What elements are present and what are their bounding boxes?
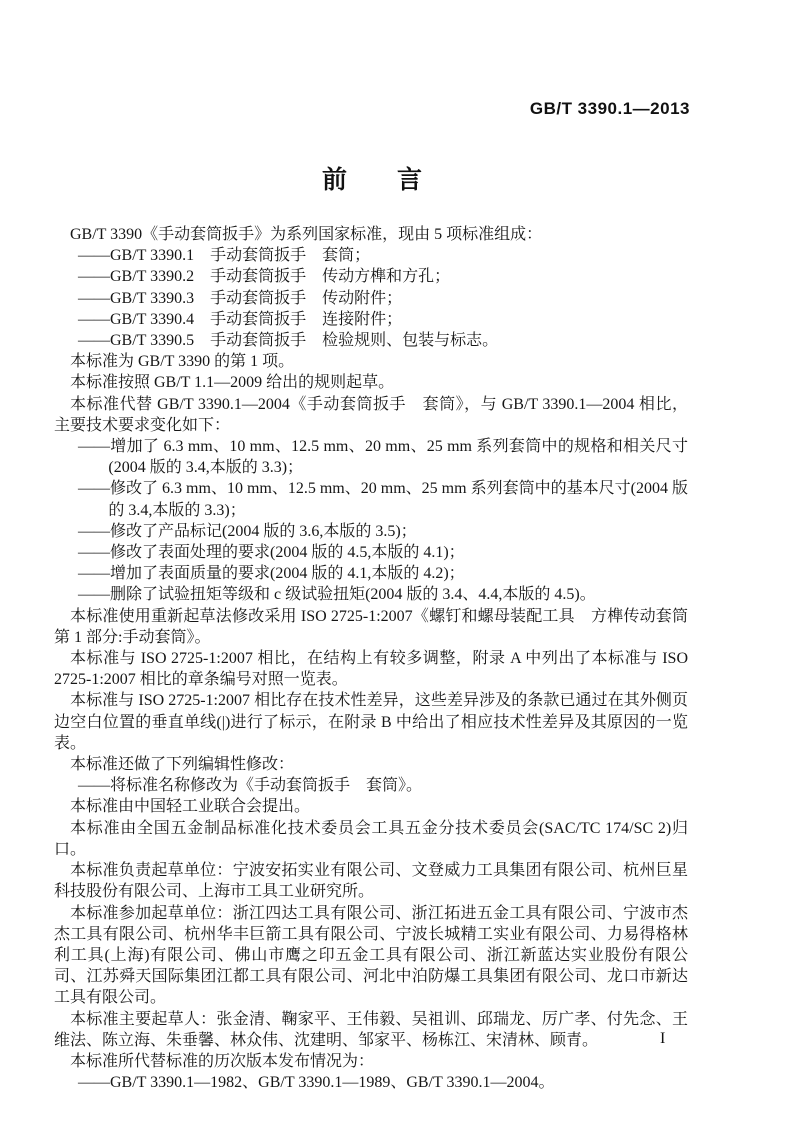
paragraph-18: 本标准还做了下列编辑性修改： [54, 754, 688, 775]
paragraph-13: ——增加了表面质量的要求(2004 版的 4.1,本版的 4.2)； [54, 563, 688, 584]
paragraph-11: ——修改了产品标记(2004 版的 3.6,本版的 3.5)； [54, 521, 688, 542]
paragraph-3: ——GB/T 3390.3 手动套筒扳手 传动附件； [54, 288, 688, 309]
standard-number-header: GB/T 3390.1—2013 [54, 99, 690, 119]
document-page: GB/T 3390.1—2013 前 言 GB/T 3390《手动套筒扳手》为系… [0, 0, 793, 1122]
paragraph-23: 本标准参加起草单位：浙江四达工具有限公司、浙江拓进五金工具有限公司、宁波市杰杰工… [54, 903, 688, 1009]
paragraph-6: 本标准为 GB/T 3390 的第 1 项。 [54, 351, 688, 372]
paragraph-24: 本标准主要起草人：张金清、鞠家平、王伟毅、吴祖训、邱瑞龙、厉广孝、付先念、王维法… [54, 1009, 688, 1051]
paragraph-22: 本标准负责起草单位：宁波安拓实业有限公司、文登威力工具集团有限公司、杭州巨星科技… [54, 860, 688, 902]
paragraph-2: ——GB/T 3390.2 手动套筒扳手 传动方榫和方孔； [54, 266, 688, 287]
paragraph-26: ——GB/T 3390.1—1982、GB/T 3390.1—1989、GB/T… [54, 1072, 688, 1093]
paragraph-12: ——修改了表面处理的要求(2004 版的 4.5,本版的 4.1)； [54, 542, 688, 563]
paragraph-10: ——修改了 6.3 mm、10 mm、12.5 mm、20 mm、25 mm 系… [54, 478, 688, 520]
paragraph-1: ——GB/T 3390.1 手动套筒扳手 套筒； [54, 245, 688, 266]
paragraph-20: 本标准由中国轻工业联合会提出。 [54, 796, 688, 817]
paragraph-8: 本标准代替 GB/T 3390.1—2004《手动套筒扳手 套筒》，与 GB/T… [54, 394, 688, 436]
paragraph-5: ——GB/T 3390.5 手动套筒扳手 检验规则、包装与标志。 [54, 330, 688, 351]
page-number: I [660, 1030, 665, 1048]
paragraph-15: 本标准使用重新起草法修改采用 ISO 2725-1:2007《螺钉和螺母装配工具… [54, 606, 688, 648]
body: GB/T 3390《手动套筒扳手》为系列国家标准，现由 5 项标准组成：——GB… [54, 224, 688, 1093]
paragraph-14: ——删除了试验扭矩等级和 c 级试验扭矩(2004 版的 3.4、4.4,本版的… [54, 584, 688, 605]
paragraph-21: 本标准由全国五金制品标准化技术委员会工具五金分技术委员会(SAC/TC 174/… [54, 818, 688, 860]
paragraph-16: 本标准与 ISO 2725-1:2007 相比，在结构上有较多调整，附录 A 中… [54, 648, 688, 690]
paragraph-9: ——增加了 6.3 mm、10 mm、12.5 mm、20 mm、25 mm 系… [54, 436, 688, 478]
paragraph-19: ——将标准名称修改为《手动套筒扳手 套筒》。 [54, 775, 688, 796]
paragraph-0: GB/T 3390《手动套筒扳手》为系列国家标准，现由 5 项标准组成： [54, 224, 688, 245]
paragraph-17: 本标准与 ISO 2725-1:2007 相比存在技术性差异，这些差异涉及的条款… [54, 690, 688, 754]
paragraph-4: ——GB/T 3390.4 手动套筒扳手 连接附件； [54, 309, 688, 330]
paragraph-7: 本标准按照 GB/T 1.1—2009 给出的规则起草。 [54, 372, 688, 393]
page-title: 前 言 [54, 160, 690, 196]
paragraph-25: 本标准所代替标准的历次版本发布情况为： [54, 1051, 688, 1072]
